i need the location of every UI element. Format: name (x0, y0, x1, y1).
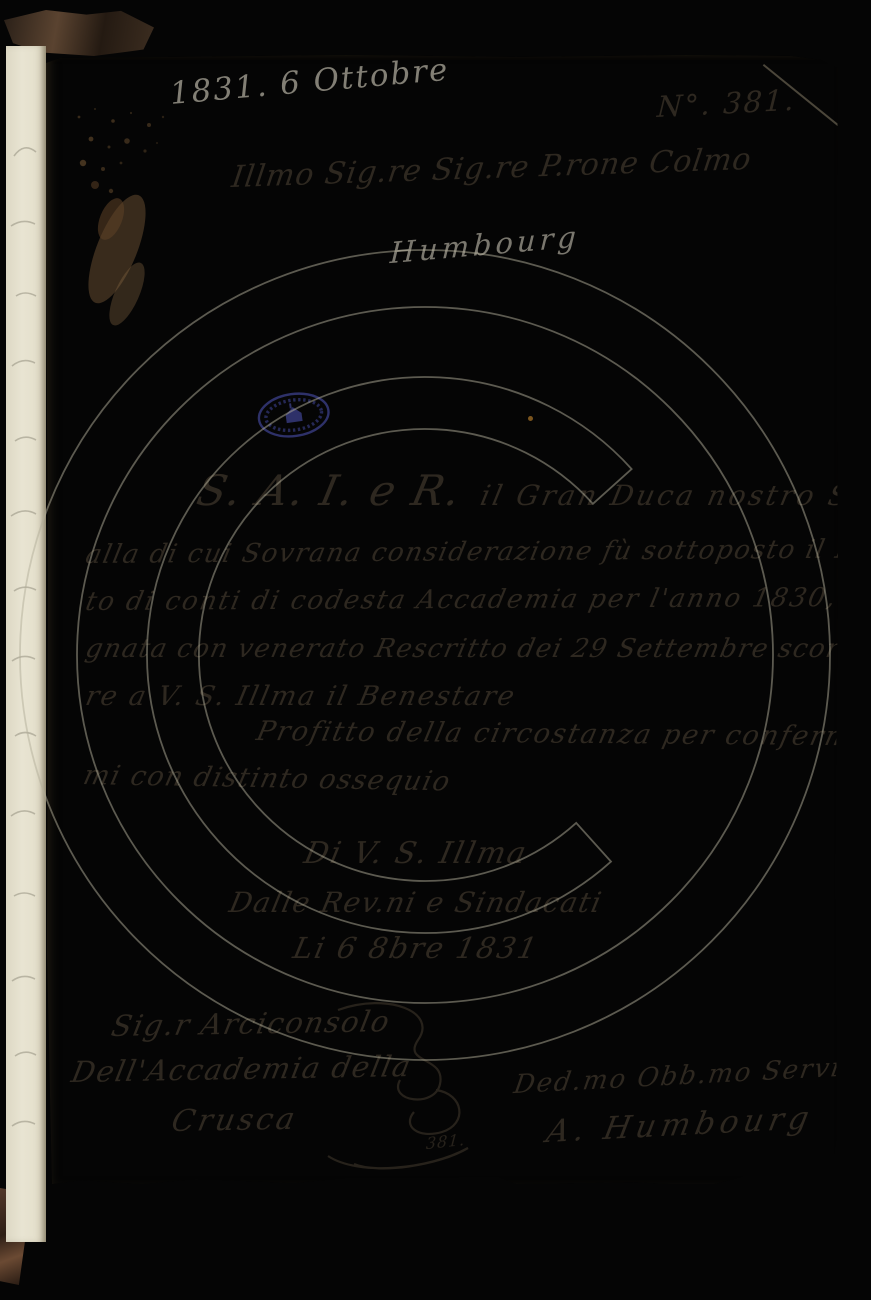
archive-stamp (252, 385, 337, 449)
body-line-1-text: il Gran Duca nostro Signore (477, 479, 871, 512)
recipient-line-2: Dell'Accademia della (69, 1049, 415, 1089)
letter-page: 1831. 6 Ottobre Humbourg N°. 381. Illmo … (46, 54, 838, 1184)
archive-stamp-icon (252, 385, 336, 445)
sovereign-abbreviation: S. A. I. e R. (193, 466, 467, 515)
valediction-line: Ded.mo Obb.mo Servitor (512, 1050, 871, 1100)
body-line-1: S. A. I. e R. il Gran Duca nostro Signor… (198, 466, 871, 515)
adjacent-page-edge (6, 46, 46, 1242)
pencil-date-annotation: 1831. 6 Ottobre (168, 52, 450, 112)
ink-stain (61, 99, 211, 369)
closing-line-3: Li 6 8bre 1831 (212, 931, 619, 965)
manuscript-photo: 1831. 6 Ottobre Humbourg N°. 381. Illmo … (0, 0, 871, 1300)
body-line-2: alla di cui Sovrana considerazione fù so… (83, 534, 871, 570)
body-line-4: gnata con venerato Rescritto dei 29 Sett… (83, 634, 871, 664)
body-line-6: Profitto della circostanza per confermar (254, 716, 871, 752)
recipient-line-1: Sig.r Arciconsolo (109, 1004, 394, 1043)
body-line-7: mi con distinto ossequio (80, 760, 454, 797)
body-line-3: to di conti di codesta Accademia per l'a… (83, 582, 871, 617)
body-line-5: re a V. S. Illma il Benestare (83, 681, 519, 712)
document-number: N°. 381. (656, 83, 796, 124)
salutation-line: Illmo Sig.re Sig.re P.rone Colmo (230, 142, 755, 195)
signature-name: A. Humbourg (543, 1100, 816, 1150)
showthrough-handwriting (6, 46, 46, 1242)
recipient-line-3: Crusca (169, 1102, 301, 1139)
folio-number: 381. (425, 1130, 466, 1153)
paper-spot (528, 416, 533, 421)
pencil-name-annotation: Humbourg (389, 219, 581, 270)
closing-line-2: Dalle Rev.ni e Sindacati (212, 886, 619, 919)
closing-line-1: Di V. S. Illma (212, 836, 619, 871)
